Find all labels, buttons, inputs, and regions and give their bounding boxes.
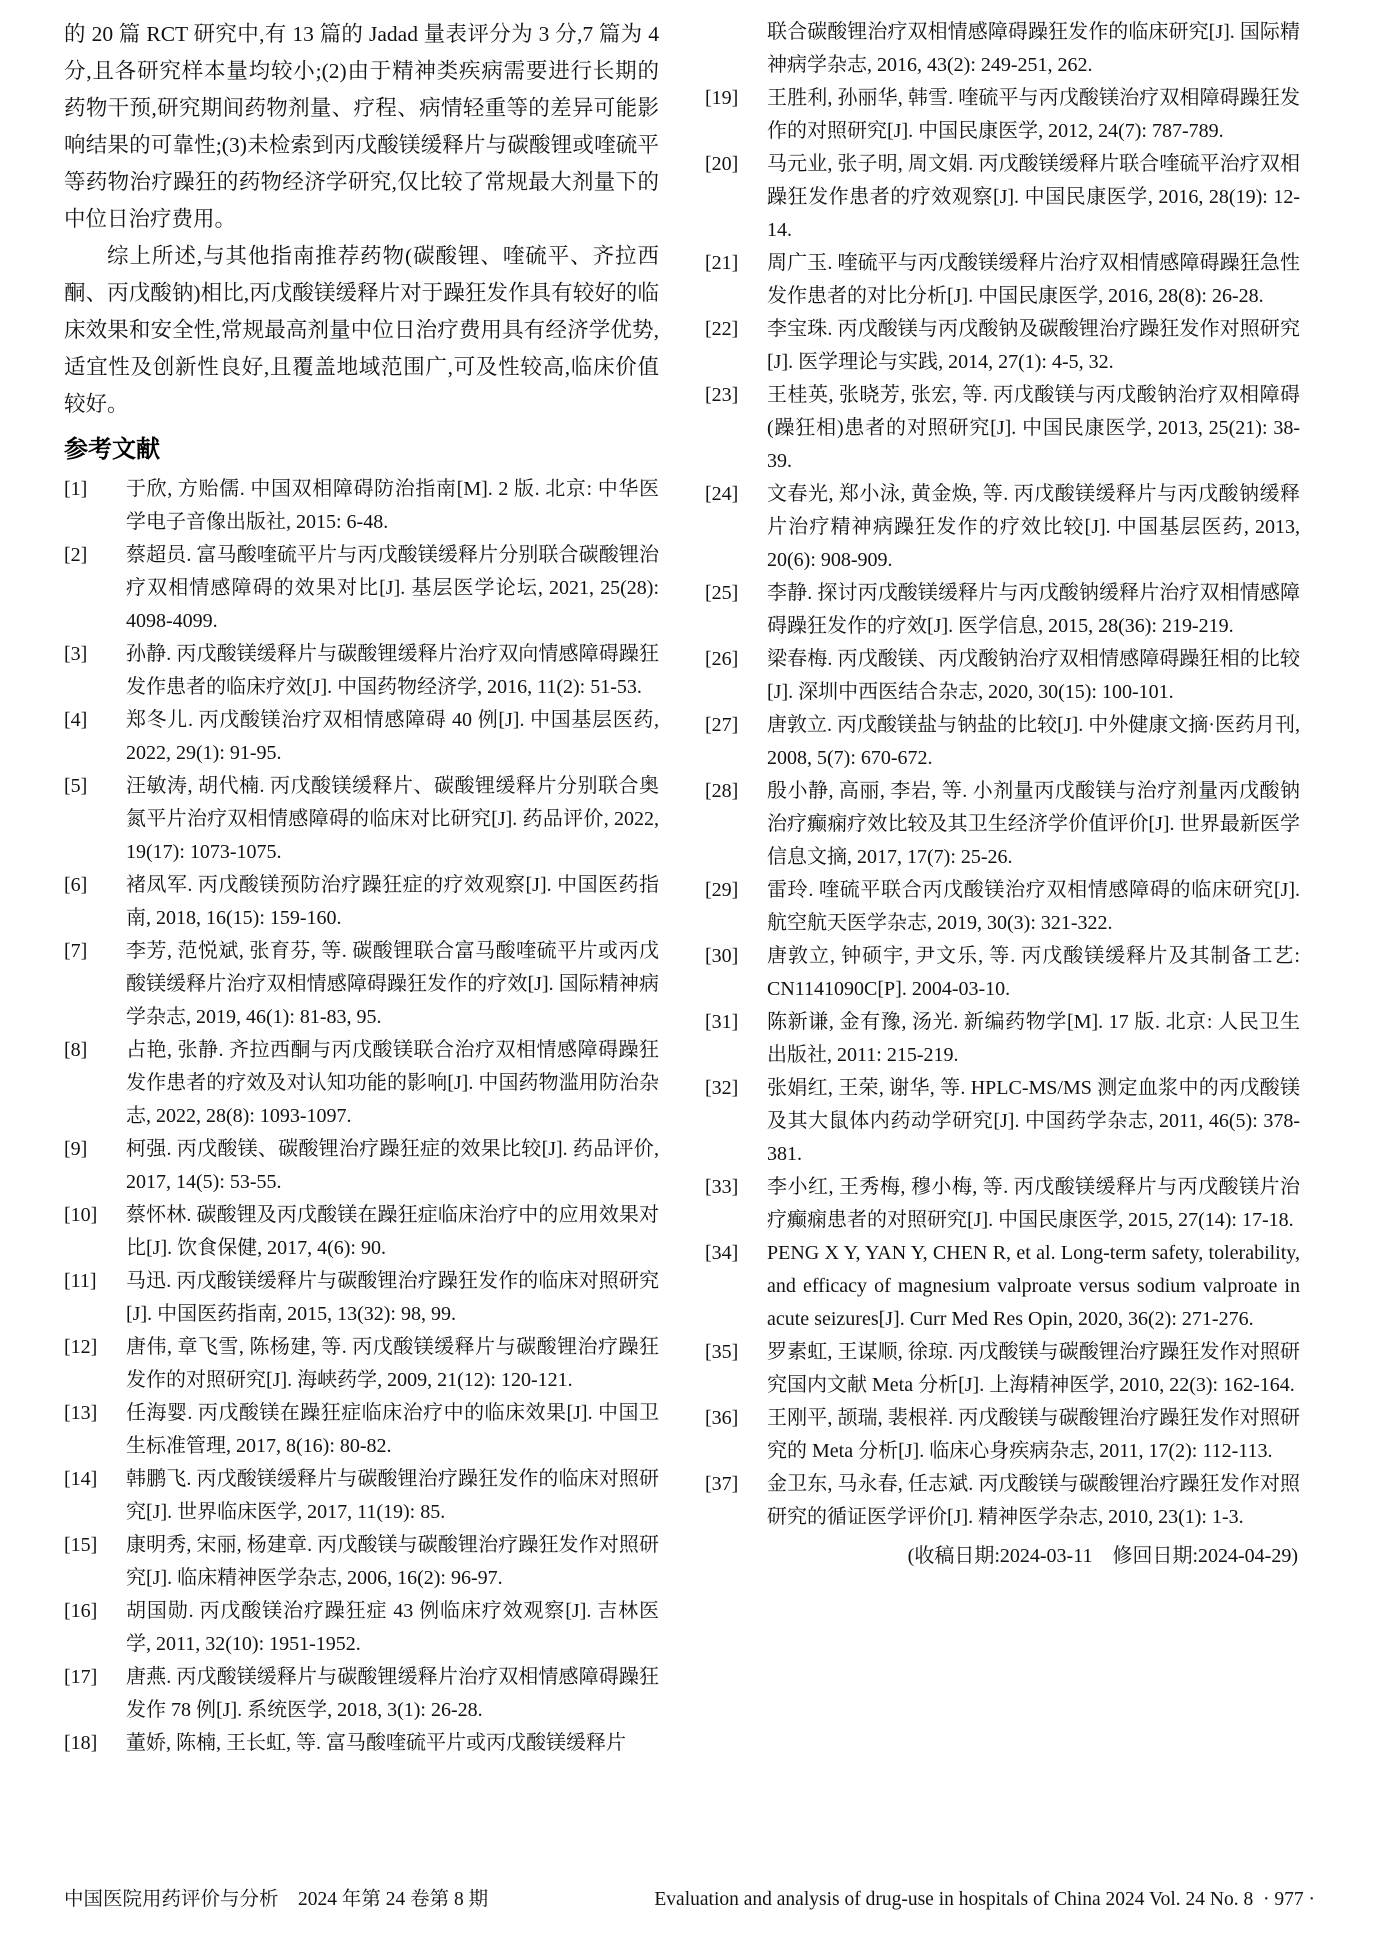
reference-text: 孙静. 丙戊酸镁缓释片与碳酸锂缓释片治疗双向情感障碍躁狂发作患者的临床疗效[J]…	[126, 638, 659, 704]
reference-item: [17] 唐燕. 丙戊酸镁缓释片与碳酸锂缓释片治疗双相情感障碍躁狂发作 78 例…	[64, 1661, 659, 1727]
reference-text: 金卫东, 马永春, 任志斌. 丙戊酸镁与碳酸锂治疗躁狂发作对照研究的循证医学评价…	[767, 1468, 1300, 1534]
reference-text: 李宝珠. 丙戊酸镁与丙戊酸钠及碳酸锂治疗躁狂发作对照研究[J]. 医学理论与实践…	[767, 313, 1300, 379]
reference-item: [10] 蔡怀林. 碳酸锂及丙戊酸镁在躁狂症临床治疗中的应用效果对比[J]. 饮…	[64, 1199, 659, 1265]
reference-text: 韩鹏飞. 丙戊酸镁缓释片与碳酸锂治疗躁狂发作的临床对照研究[J]. 世界临床医学…	[126, 1463, 659, 1529]
reference-text: 汪敏涛, 胡代楠. 丙戊酸镁缓释片、碳酸锂缓释片分别联合奥氮平片治疗双相情感障碍…	[126, 770, 659, 869]
reference-text: 于欣, 方贻儒. 中国双相障碍防治指南[M]. 2 版. 北京: 中华医学电子音…	[126, 473, 659, 539]
reference-text: 陈新谦, 金有豫, 汤光. 新编药物学[M]. 17 版. 北京: 人民卫生出版…	[767, 1006, 1300, 1072]
reference-number: [35]	[705, 1336, 767, 1402]
reference-item: [18] 董娇, 陈楠, 王长虹, 等. 富马酸喹硫平片或丙戊酸镁缓释片	[64, 1727, 659, 1760]
reference-number: [28]	[705, 775, 767, 874]
reference-text: 马元业, 张子明, 周文娟. 丙戊酸镁缓释片联合喹硫平治疗双相躁狂发作患者的疗效…	[767, 148, 1300, 247]
reference-text: 任海婴. 丙戊酸镁在躁狂症临床治疗中的临床效果[J]. 中国卫生标准管理, 20…	[126, 1397, 659, 1463]
reference-number: [34]	[705, 1237, 767, 1336]
reference-text: 蔡超员. 富马酸喹硫平片与丙戊酸镁缓释片分别联合碳酸锂治疗双相情感障碍的效果对比…	[126, 539, 659, 638]
reference-item: [1] 于欣, 方贻儒. 中国双相障碍防治指南[M]. 2 版. 北京: 中华医…	[64, 473, 659, 539]
reference-text: 康明秀, 宋丽, 杨建章. 丙戊酸镁与碳酸锂治疗躁狂发作对照研究[J]. 临床精…	[126, 1529, 659, 1595]
reference-item: [20] 马元业, 张子明, 周文娟. 丙戊酸镁缓释片联合喹硫平治疗双相躁狂发作…	[705, 148, 1300, 247]
reference-text: 殷小静, 高丽, 李岩, 等. 小剂量丙戊酸镁与治疗剂量丙戊酸钠治疗癫痫疗效比较…	[767, 775, 1300, 874]
reference-text-continuation: 联合碳酸锂治疗双相情感障碍躁狂发作的临床研究[J]. 国际精神病学杂志, 201…	[767, 16, 1300, 82]
reference-item: [3] 孙静. 丙戊酸镁缓释片与碳酸锂缓释片治疗双向情感障碍躁狂发作患者的临床疗…	[64, 638, 659, 704]
reference-text: 郑冬儿. 丙戊酸镁治疗双相情感障碍 40 例[J]. 中国基层医药, 2022,…	[126, 704, 659, 770]
reference-item: [36] 王刚平, 颉瑞, 裴根祥. 丙戊酸镁与碳酸锂治疗躁狂发作对照研究的 M…	[705, 1402, 1300, 1468]
reference-item: [13] 任海婴. 丙戊酸镁在躁狂症临床治疗中的临床效果[J]. 中国卫生标准管…	[64, 1397, 659, 1463]
reference-number-empty	[705, 16, 767, 82]
reference-number: [25]	[705, 577, 767, 643]
reference-text: 周广玉. 喹硫平与丙戊酸镁缓释片治疗双相情感障碍躁狂急性发作患者的对比分析[J]…	[767, 247, 1300, 313]
reference-item: [29] 雷玲. 喹硫平联合丙戊酸镁治疗双相情感障碍的临床研究[J]. 航空航天…	[705, 874, 1300, 940]
reference-text: 柯强. 丙戊酸镁、碳酸锂治疗躁狂症的效果比较[J]. 药品评价, 2017, 1…	[126, 1133, 659, 1199]
reference-text: 胡国勋. 丙戊酸镁治疗躁狂症 43 例临床疗效观察[J]. 吉林医学, 2011…	[126, 1595, 659, 1661]
reference-item: [31] 陈新谦, 金有豫, 汤光. 新编药物学[M]. 17 版. 北京: 人…	[705, 1006, 1300, 1072]
reference-item: [5] 汪敏涛, 胡代楠. 丙戊酸镁缓释片、碳酸锂缓释片分别联合奥氮平片治疗双相…	[64, 770, 659, 869]
reference-item: [30] 唐敦立, 钟硕宇, 尹文乐, 等. 丙戊酸镁缓释片及其制备工艺: CN…	[705, 940, 1300, 1006]
reference-item: [16] 胡国勋. 丙戊酸镁治疗躁狂症 43 例临床疗效观察[J]. 吉林医学,…	[64, 1595, 659, 1661]
body-paragraph-continuation: 的 20 篇 RCT 研究中,有 13 篇的 Jadad 量表评分为 3 分,7…	[64, 16, 659, 238]
reference-item: [12] 唐伟, 章飞雪, 陈杨建, 等. 丙戊酸镁缓释片与碳酸锂治疗躁狂发作的…	[64, 1331, 659, 1397]
reference-number: [2]	[64, 539, 126, 638]
reference-text: 李小红, 王秀梅, 穆小梅, 等. 丙戊酸镁缓释片与丙戊酸镁片治疗癫痫患者的对照…	[767, 1171, 1300, 1237]
reference-item: [8] 占艳, 张静. 齐拉西酮与丙戊酸镁联合治疗双相情感障碍躁狂发作患者的疗效…	[64, 1034, 659, 1133]
reference-text: 李芳, 范悦斌, 张育芬, 等. 碳酸锂联合富马酸喹硫平片或丙戊酸镁缓释片治疗双…	[126, 935, 659, 1034]
footer-journal-title-en: Evaluation and analysis of drug-use in h…	[654, 1888, 1315, 1912]
reference-item: [26] 梁春梅. 丙戊酸镁、丙戊酸钠治疗双相情感障碍躁狂相的比较[J]. 深圳…	[705, 643, 1300, 709]
reference-item: [6] 褚凤军. 丙戊酸镁预防治疗躁狂症的疗效观察[J]. 中国医药指南, 20…	[64, 869, 659, 935]
reference-item: [23] 王桂英, 张晓芳, 张宏, 等. 丙戊酸镁与丙戊酸钠治疗双相障碍(躁狂…	[705, 379, 1300, 478]
reference-number: [18]	[64, 1727, 126, 1760]
reference-item: [34] PENG X Y, YAN Y, CHEN R, et al. Lon…	[705, 1237, 1300, 1336]
reference-number: [24]	[705, 478, 767, 577]
reference-text: 唐敦立. 丙戊酸镁盐与钠盐的比较[J]. 中外健康文摘·医药月刊, 2008, …	[767, 709, 1300, 775]
reference-text: 王胜利, 孙丽华, 韩雪. 喹硫平与丙戊酸镁治疗双相障碍躁狂发作的对照研究[J]…	[767, 82, 1300, 148]
reference-number: [29]	[705, 874, 767, 940]
reference-number: [8]	[64, 1034, 126, 1133]
right-column: 联合碳酸锂治疗双相情感障碍躁狂发作的临床研究[J]. 国际精神病学杂志, 201…	[705, 16, 1300, 1760]
reference-item: [27] 唐敦立. 丙戊酸镁盐与钠盐的比较[J]. 中外健康文摘·医药月刊, 2…	[705, 709, 1300, 775]
reference-item: [33] 李小红, 王秀梅, 穆小梅, 等. 丙戊酸镁缓释片与丙戊酸镁片治疗癫痫…	[705, 1171, 1300, 1237]
reference-number: [36]	[705, 1402, 767, 1468]
reference-number: [37]	[705, 1468, 767, 1534]
reference-text: 雷玲. 喹硫平联合丙戊酸镁治疗双相情感障碍的临床研究[J]. 航空航天医学杂志,…	[767, 874, 1300, 940]
reference-item: [21] 周广玉. 喹硫平与丙戊酸镁缓释片治疗双相情感障碍躁狂急性发作患者的对比…	[705, 247, 1300, 313]
reference-number: [16]	[64, 1595, 126, 1661]
reference-item: [37] 金卫东, 马永春, 任志斌. 丙戊酸镁与碳酸锂治疗躁狂发作对照研究的循…	[705, 1468, 1300, 1534]
reference-item: [9] 柯强. 丙戊酸镁、碳酸锂治疗躁狂症的效果比较[J]. 药品评价, 201…	[64, 1133, 659, 1199]
reference-number: [17]	[64, 1661, 126, 1727]
reference-item: [35] 罗素虹, 王谋顺, 徐琼. 丙戊酸镁与碳酸锂治疗躁狂发作对照研究国内文…	[705, 1336, 1300, 1402]
reference-number: [33]	[705, 1171, 767, 1237]
reference-text: 唐燕. 丙戊酸镁缓释片与碳酸锂缓释片治疗双相情感障碍躁狂发作 78 例[J]. …	[126, 1661, 659, 1727]
reference-text: 唐敦立, 钟硕宇, 尹文乐, 等. 丙戊酸镁缓释片及其制备工艺: CN11410…	[767, 940, 1300, 1006]
reference-item: [4] 郑冬儿. 丙戊酸镁治疗双相情感障碍 40 例[J]. 中国基层医药, 2…	[64, 704, 659, 770]
reference-text: 罗素虹, 王谋顺, 徐琼. 丙戊酸镁与碳酸锂治疗躁狂发作对照研究国内文献 Met…	[767, 1336, 1300, 1402]
reference-item: [24] 文春光, 郑小泳, 黄金焕, 等. 丙戊酸镁缓释片与丙戊酸钠缓释片治疗…	[705, 478, 1300, 577]
page-footer: 中国医院用药评价与分析 2024 年第 24 卷第 8 期 Evaluation…	[64, 1888, 1315, 1912]
reference-number: [4]	[64, 704, 126, 770]
reference-number: [14]	[64, 1463, 126, 1529]
footer-page-number: · 977 ·	[1263, 1889, 1315, 1910]
reference-text: 蔡怀林. 碳酸锂及丙戊酸镁在躁狂症临床治疗中的应用效果对比[J]. 饮食保健, …	[126, 1199, 659, 1265]
reference-number: [20]	[705, 148, 767, 247]
two-column-layout: 的 20 篇 RCT 研究中,有 13 篇的 Jadad 量表评分为 3 分,7…	[0, 0, 1375, 1760]
reference-number: [22]	[705, 313, 767, 379]
reference-number: [15]	[64, 1529, 126, 1595]
reference-text: 梁春梅. 丙戊酸镁、丙戊酸钠治疗双相情感障碍躁狂相的比较[J]. 深圳中西医结合…	[767, 643, 1300, 709]
reference-text: 王桂英, 张晓芳, 张宏, 等. 丙戊酸镁与丙戊酸钠治疗双相障碍(躁狂相)患者的…	[767, 379, 1300, 478]
body-paragraph-conclusion: 综上所述,与其他指南推荐药物(碳酸锂、喹硫平、齐拉西酮、丙戊酸钠)相比,丙戊酸镁…	[64, 238, 659, 423]
reference-item: [2] 蔡超员. 富马酸喹硫平片与丙戊酸镁缓释片分别联合碳酸锂治疗双相情感障碍的…	[64, 539, 659, 638]
reference-text: 王刚平, 颉瑞, 裴根祥. 丙戊酸镁与碳酸锂治疗躁狂发作对照研究的 Meta 分…	[767, 1402, 1300, 1468]
reference-number: [10]	[64, 1199, 126, 1265]
reference-number: [30]	[705, 940, 767, 1006]
reference-item: [19] 王胜利, 孙丽华, 韩雪. 喹硫平与丙戊酸镁治疗双相障碍躁狂发作的对照…	[705, 82, 1300, 148]
reference-number: [21]	[705, 247, 767, 313]
reference-number: [1]	[64, 473, 126, 539]
reference-text: 马迅. 丙戊酸镁缓释片与碳酸锂治疗躁狂发作的临床对照研究[J]. 中国医药指南,…	[126, 1265, 659, 1331]
reference-list-right: [19] 王胜利, 孙丽华, 韩雪. 喹硫平与丙戊酸镁治疗双相障碍躁狂发作的对照…	[705, 82, 1300, 1534]
received-revised-dates: (收稿日期:2024-03-11 修回日期:2024-04-29)	[705, 1538, 1300, 1574]
reference-item: [11] 马迅. 丙戊酸镁缓释片与碳酸锂治疗躁狂发作的临床对照研究[J]. 中国…	[64, 1265, 659, 1331]
reference-text: 褚凤军. 丙戊酸镁预防治疗躁狂症的疗效观察[J]. 中国医药指南, 2018, …	[126, 869, 659, 935]
reference-text: 占艳, 张静. 齐拉西酮与丙戊酸镁联合治疗双相情感障碍躁狂发作患者的疗效及对认知…	[126, 1034, 659, 1133]
reference-text: 文春光, 郑小泳, 黄金焕, 等. 丙戊酸镁缓释片与丙戊酸钠缓释片治疗精神病躁狂…	[767, 478, 1300, 577]
reference-number: [13]	[64, 1397, 126, 1463]
reference-number: [27]	[705, 709, 767, 775]
reference-text: PENG X Y, YAN Y, CHEN R, et al. Long-ter…	[767, 1237, 1300, 1336]
reference-number: [31]	[705, 1006, 767, 1072]
reference-number: [7]	[64, 935, 126, 1034]
reference-item: [15] 康明秀, 宋丽, 杨建章. 丙戊酸镁与碳酸锂治疗躁狂发作对照研究[J]…	[64, 1529, 659, 1595]
reference-item: [28] 殷小静, 高丽, 李岩, 等. 小剂量丙戊酸镁与治疗剂量丙戊酸钠治疗癫…	[705, 775, 1300, 874]
reference-item: [32] 张娟红, 王荣, 谢华, 等. HPLC-MS/MS 测定血浆中的丙戊…	[705, 1072, 1300, 1171]
reference-number: [11]	[64, 1265, 126, 1331]
reference-text: 董娇, 陈楠, 王长虹, 等. 富马酸喹硫平片或丙戊酸镁缓释片	[126, 1727, 659, 1760]
reference-list-left: [1] 于欣, 方贻儒. 中国双相障碍防治指南[M]. 2 版. 北京: 中华医…	[64, 473, 659, 1760]
reference-item: [22] 李宝珠. 丙戊酸镁与丙戊酸钠及碳酸锂治疗躁狂发作对照研究[J]. 医学…	[705, 313, 1300, 379]
reference-text: 唐伟, 章飞雪, 陈杨建, 等. 丙戊酸镁缓释片与碳酸锂治疗躁狂发作的对照研究[…	[126, 1331, 659, 1397]
reference-item: [25] 李静. 探讨丙戊酸镁缓释片与丙戊酸钠缓释片治疗双相情感障碍躁狂发作的疗…	[705, 577, 1300, 643]
journal-page: 的 20 篇 RCT 研究中,有 13 篇的 Jadad 量表评分为 3 分,7…	[0, 0, 1375, 1940]
reference-item-continuation: 联合碳酸锂治疗双相情感障碍躁狂发作的临床研究[J]. 国际精神病学杂志, 201…	[705, 16, 1300, 82]
reference-text: 张娟红, 王荣, 谢华, 等. HPLC-MS/MS 测定血浆中的丙戊酸镁及其大…	[767, 1072, 1300, 1171]
reference-text: 李静. 探讨丙戊酸镁缓释片与丙戊酸钠缓释片治疗双相情感障碍躁狂发作的疗效[J].…	[767, 577, 1300, 643]
reference-item: [7] 李芳, 范悦斌, 张育芬, 等. 碳酸锂联合富马酸喹硫平片或丙戊酸镁缓释…	[64, 935, 659, 1034]
reference-number: [23]	[705, 379, 767, 478]
reference-number: [3]	[64, 638, 126, 704]
reference-number: [19]	[705, 82, 767, 148]
reference-number: [9]	[64, 1133, 126, 1199]
reference-number: [32]	[705, 1072, 767, 1171]
footer-journal-en-text: Evaluation and analysis of drug-use in h…	[654, 1889, 1253, 1910]
reference-number: [5]	[64, 770, 126, 869]
reference-number: [26]	[705, 643, 767, 709]
references-heading: 参考文献	[64, 435, 659, 465]
footer-journal-title-cn: 中国医院用药评价与分析 2024 年第 24 卷第 8 期	[64, 1888, 488, 1912]
left-column: 的 20 篇 RCT 研究中,有 13 篇的 Jadad 量表评分为 3 分,7…	[64, 16, 659, 1760]
reference-number: [12]	[64, 1331, 126, 1397]
reference-number: [6]	[64, 869, 126, 935]
reference-item: [14] 韩鹏飞. 丙戊酸镁缓释片与碳酸锂治疗躁狂发作的临床对照研究[J]. 世…	[64, 1463, 659, 1529]
